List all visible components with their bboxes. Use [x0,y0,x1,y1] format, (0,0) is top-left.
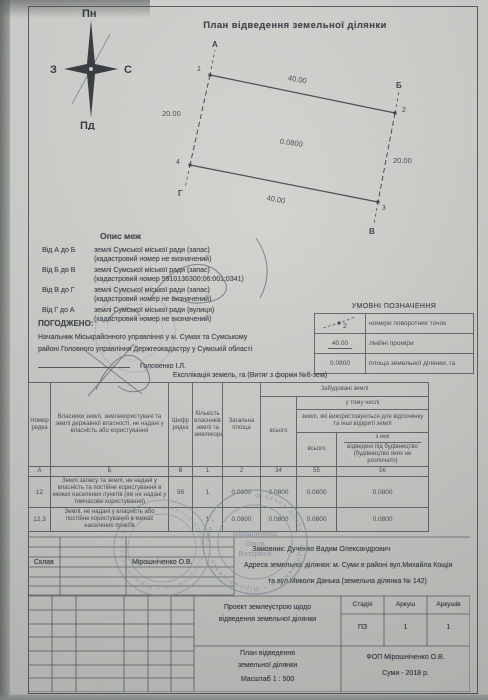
turn-point-symbol-icon: 2 [321,315,359,330]
boundary-cadastre: (кадастровий номер не визначений) [94,255,211,265]
dim-top: 40.00 [287,73,307,85]
address-line2: та вул.Миколи Данька (земельна ділянка №… [268,578,427,585]
approval-signer: Головенко І.Л. [140,363,186,370]
corner-letter-v: В [369,227,375,236]
plot-area-value: 0.0800 [279,137,303,149]
header-built-lands: Забудовані землі [261,383,429,397]
compass-west-label: З [50,64,57,76]
header-recreation-lands: землі, які використовуються для відпочин… [297,410,429,433]
legend-symbol-point-number: 2 [343,323,347,330]
boundary-range: Від А до Б [42,246,94,265]
legend-label: номери поворотних точок [366,314,474,334]
boundary-desc: землі Сумської міської ради (запас) [94,246,211,256]
corner-letter-a: А [212,40,218,49]
boundary-cadastre: (кадастровий номер не визначений) [94,295,211,305]
header-code: Шифр рядка [169,383,193,467]
boundary-desc: землі Сумської міської ради (запас) [94,266,244,276]
header-row-number: Номер рядка [29,383,51,467]
header-including: у тому числі [297,397,429,410]
signature-line [38,359,130,368]
plot-drawing: А Б В Г 1 2 3 4 40.00 20.00 0.0800 20.00… [150,38,465,238]
stage-value: ПЗ [341,624,384,631]
header-built-total: всього [261,397,297,467]
compass-east-label: С [124,64,132,76]
dim-left: 20.00 [162,109,181,118]
customer-line: Замовник: Дученко Вадим Олександрович [252,546,390,553]
address-line1: Адреса земельної ділянки: м. Суми в райо… [244,562,452,569]
compass-rose-icon: Пн Пд З С [44,6,140,130]
header-rec-total: всього [297,433,337,467]
prepared-by-label: Склав [34,559,54,566]
prepared-by-name: Мірошніченко О.В. [132,559,193,566]
project-name-line2: відведення земельної ділянки [196,616,339,623]
org-name: ФОП Мірошніченко О.В. [341,654,470,661]
doc-name-line2: земельної ділянки [196,662,339,669]
legend-row: 2 номери поворотних точок [315,314,474,334]
header-of-which: з них [344,434,421,443]
sheet-value: 1 [384,624,427,631]
legend-row: 0.0800 площа земельної ділянки, га [315,354,474,374]
sheets-label: Аркушів [427,601,470,608]
scanned-land-plan-page: Пн Пд З С План відведення земельної діля… [0,0,488,700]
header-count: Кількість власників землі та землекорист… [193,383,223,467]
boundary-cadastre: (кадастровий номер 5910136300:06:001:034… [94,275,244,285]
header-total-area: Загальна площа [223,383,261,467]
stage-label: Стадія [341,601,384,608]
legend-label: лінійні проміри [366,334,474,354]
table-row-12: 12 Землі запасу та землі, не надані у вл… [29,477,429,508]
legend-symbol-measure: 40.00 [328,340,352,349]
boundary-item: Від В до Г землі Сумської міської ради (… [42,286,322,305]
legend-box: УМОВНІ ПОЗНАЧЕННЯ 2 номери поворотних то… [314,303,474,374]
photo-edge-bottom [0,693,488,700]
corner-letter-g: Г [178,189,183,198]
dim-right: 20.00 [393,156,412,165]
compass-south-label: Пд [80,120,95,130]
sheet-label: Аркуш [384,601,427,608]
corner-number-1: 1 [197,66,201,73]
corner-letter-b: Б [396,81,402,90]
photo-edge-left [0,0,10,700]
page-title: План відведення земельної ділянки [150,20,440,31]
boundary-item: Від Б до В землі Сумської міської ради (… [42,266,322,285]
city-year: Суми - 2018 р. [341,670,470,677]
legend-title: УМОВНІ ПОЗНАЧЕННЯ [314,303,474,310]
project-name-line1: Проект землеустрою щодо [196,604,339,611]
table-row-12-3: 12.3 Землі, не надані у власність або по… [29,508,429,532]
header-owners: Власники землі, землекористувачі та земл… [51,383,169,467]
legend-row: 40.00 лінійні проміри [315,334,474,354]
legend-symbol-area: 0.0800 [330,360,350,367]
dim-bottom: 40.00 [266,193,286,205]
compass-north-label: Пн [82,8,97,20]
corner-number-3: 3 [382,205,386,212]
boundary-range: Від Б до В [42,266,94,285]
sheets-value: 1 [427,624,470,631]
boundary-desc: землі Сумської міської ради (вулиця) [94,306,214,316]
boundary-range: Від В до Г [42,286,94,305]
boundary-heading: Опис меж [100,232,322,242]
doc-name-line1: План відведення [196,650,339,657]
corner-number-4: 4 [176,159,180,166]
boundary-description: Опис меж Від А до Б землі Сумської міськ… [42,232,322,326]
explication-table: Номер рядка Власники землі, землекористу… [28,382,429,532]
scale-value: Масштаб 1 : 500 [196,676,339,683]
header-construction: відведені під будівництво (будівництво я… [338,444,427,465]
boundary-item: Від А до Б землі Сумської міської ради (… [42,246,322,265]
table-caption: Експлікація земель, га (Витяг з форми №6… [80,372,420,379]
corner-number-2: 2 [402,107,406,114]
legend-label: площа земельної ділянки, га [366,354,474,374]
boundary-desc: землі Сумської міської ради (запас) [94,286,211,296]
column-numbers-row: А Б В 1 2 34 55 56 [29,467,429,477]
